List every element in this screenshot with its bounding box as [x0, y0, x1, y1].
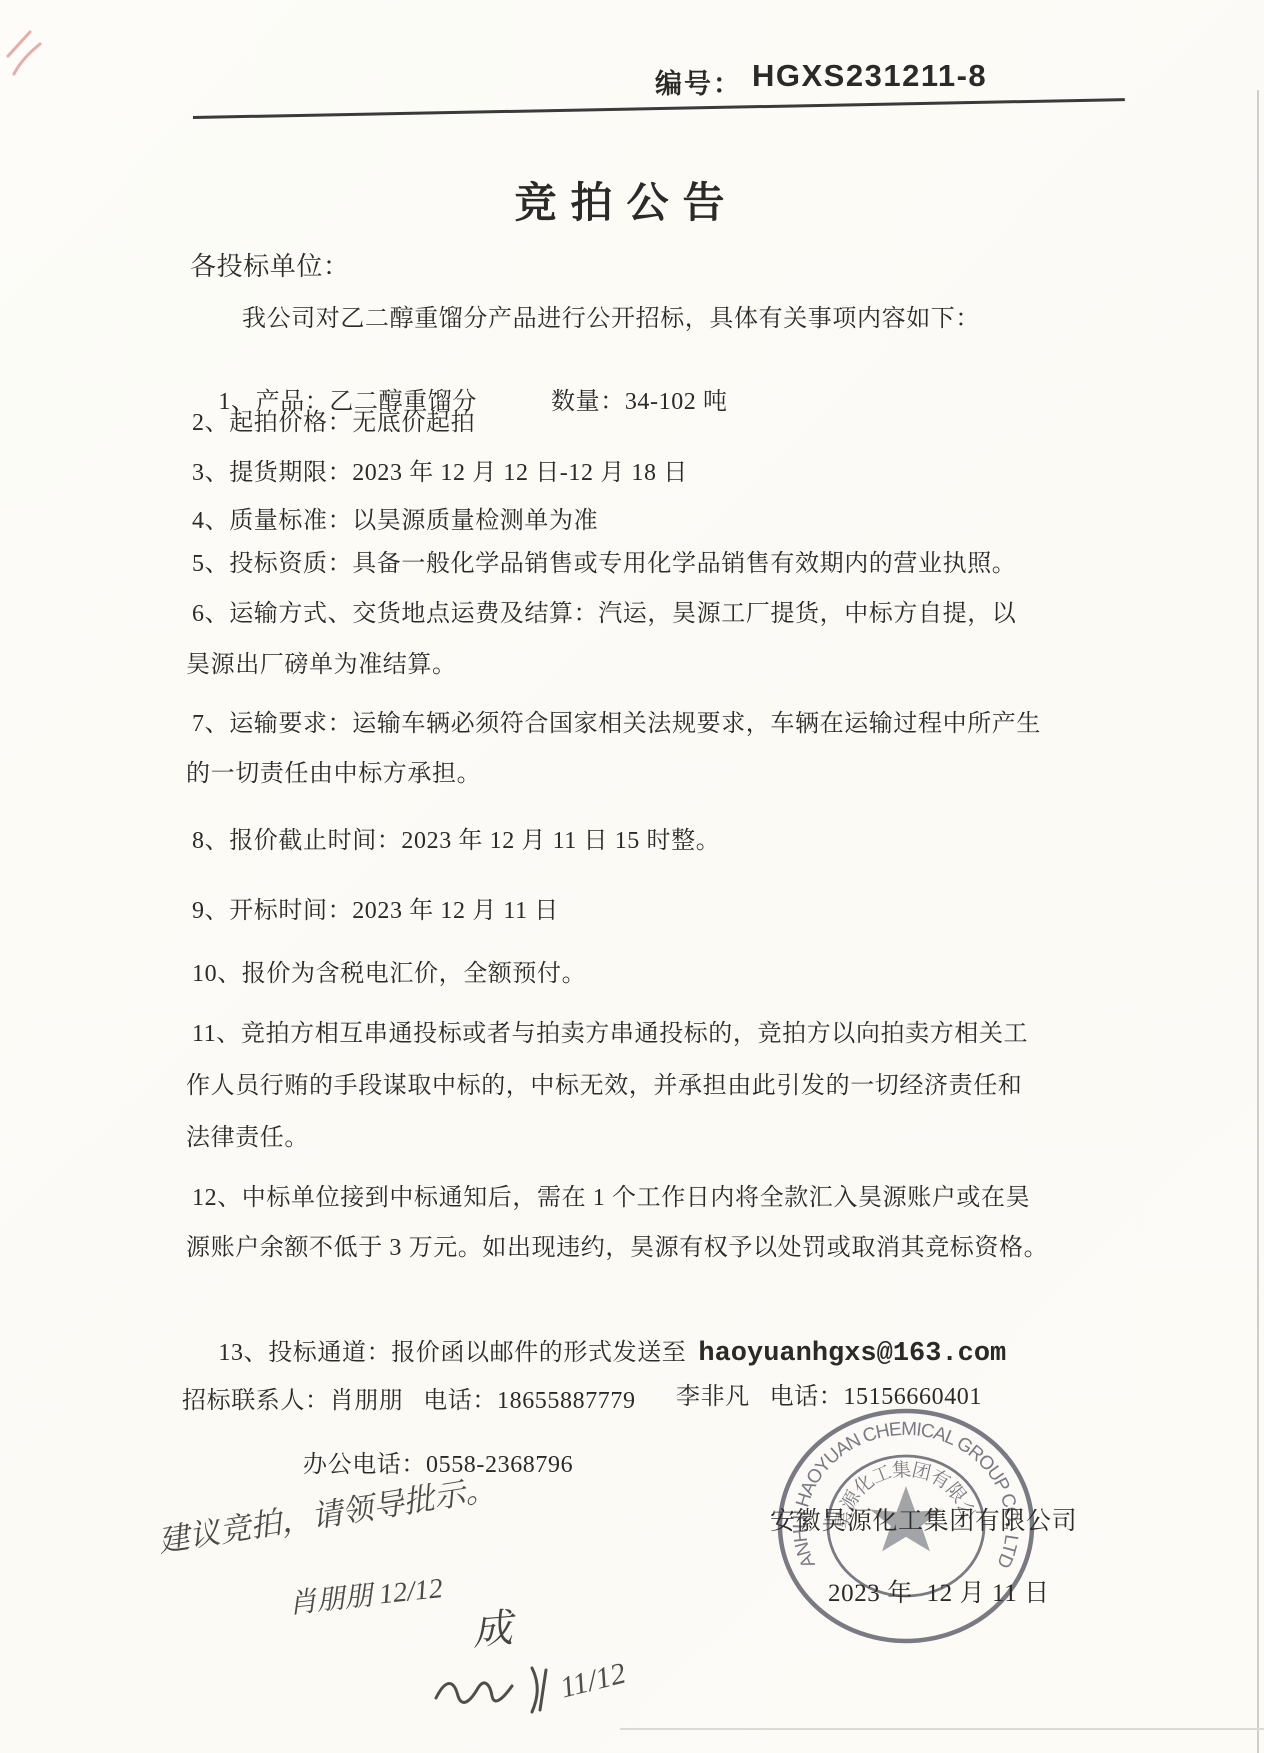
document-title: 竞拍公告 — [0, 170, 1253, 230]
scan-edge-line-bottom — [620, 1728, 1264, 1730]
scanned-auction-notice-page: 编号： HGXS231211-8 竞拍公告 各投标单位： 我公司对乙二醇重馏分产… — [0, 0, 1264, 1753]
item-13-label: 13、投标通道：报价函以邮件的形式发送至 — [218, 1340, 686, 1366]
item-6-line-1: 6、运输方式、交货地点运费及结算：汽运，昊源工厂提货，中标方自提，以 — [192, 599, 1016, 630]
ref-number-label: 编号： — [655, 62, 742, 101]
handwritten-note-signer: 肖朋朋 12/12 — [286, 1566, 444, 1622]
item-13-email: haoyuanhgxs@163.com — [698, 1339, 1006, 1369]
item-6-line-2: 昊源出厂磅单为准结算。 — [186, 650, 457, 681]
item-10: 10、报价为含税电汇价，全额预付。 — [192, 959, 586, 990]
item-4: 4、质量标准：以昊源质量检测单为准 — [192, 506, 598, 537]
item-3: 3、提货期限：2023 年 12 月 12 日-12 月 18 日 — [192, 458, 688, 489]
handwritten-approval: 成 — [470, 1596, 515, 1656]
item-2: 2、起拍价格：无底价起拍 — [192, 408, 475, 439]
item-11-line-2: 作人员行贿的手段谋取中标的，中标无效，并承担由此引发的一切经济责任和 — [186, 1071, 1022, 1102]
contact-xiaopengpeng: 招标联系人：肖朋朋 电话：18655887779 — [182, 1386, 636, 1417]
ref-number-value: HGXS231211-8 — [752, 58, 987, 94]
item-8: 8、报价截止时间：2023 年 12 月 11 日 15 时整。 — [192, 826, 720, 857]
item-11-line-3: 法律责任。 — [186, 1123, 309, 1154]
contact-lifeifan: 李非凡 电话：15156660401 — [676, 1382, 982, 1413]
item-7-line-1: 7、运输要求：运输车辆必须符合国家相关法规要求，车辆在运输过程中所产生 — [192, 709, 1041, 740]
intro-line: 我公司对乙二醇重馏分产品进行公开招标，具体有关事项内容如下： — [242, 304, 980, 335]
item-5: 5、投标资质：具备一般化学品销售或专用化学品销售有效期内的营业执照。 — [192, 549, 1016, 580]
item-1-quantity: 数量：34-102 吨 — [551, 389, 728, 415]
signature-date: 2023 年 12 月 11 日 — [828, 1578, 1050, 1611]
header-rule — [193, 98, 1125, 118]
salutation: 各投标单位： — [190, 250, 350, 284]
company-name: 安徽昊源化工集团有限公司 — [770, 1506, 1077, 1539]
scan-edge-line-right — [1257, 90, 1259, 1753]
item-11-line-1: 11、竞拍方相互串通投标或者与拍卖方串通投标的，竞拍方以向拍卖方相关工 — [192, 1019, 1028, 1050]
item-12-line-1: 12、中标单位接到中标通知后，需在 1 个工作日内将全款汇入昊源账户或在昊 — [192, 1183, 1030, 1214]
item-9: 9、开标时间：2023 年 12 月 11 日 — [192, 896, 559, 927]
item-7-line-2: 的一切责任由中标方承担。 — [186, 759, 481, 790]
red-pen-mark — [2, 12, 56, 82]
item-12-line-2: 源账户余额不低于 3 万元。如出现违约，昊源有权予以处罚或取消其竞标资格。 — [186, 1233, 1048, 1264]
